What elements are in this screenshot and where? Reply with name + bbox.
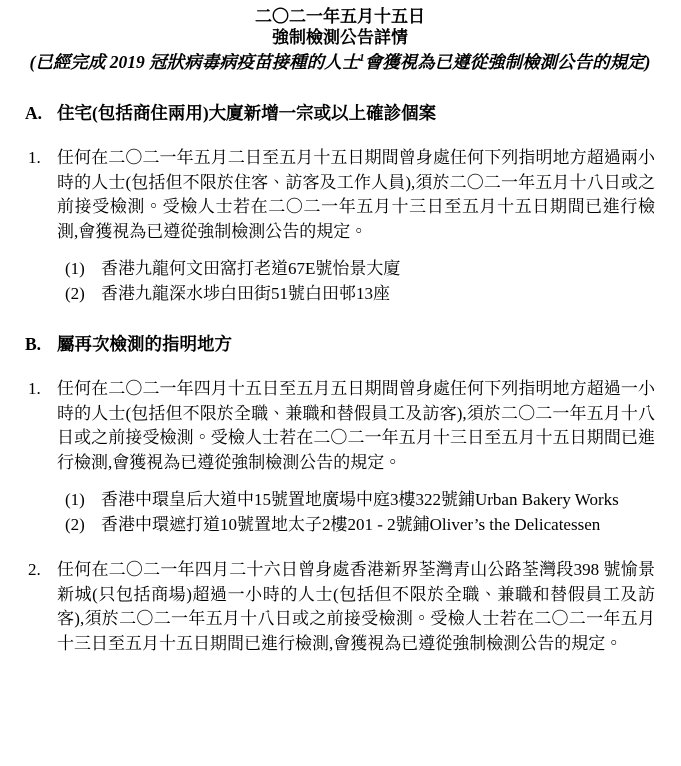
location-number: (1): [65, 487, 85, 512]
section-b-paragraph-1: 1. 任何在二〇二一年四月十五日至五月五日期間曾身處任何下列指明地方超過一小時的…: [25, 377, 655, 537]
location-item: (1) 香港中環皇后大道中15號置地廣場中庭3樓322號鋪Urban Baker…: [65, 487, 655, 512]
section-a-heading-text: 住宅(包括商住兩用)大廈新增一宗或以上確診個案: [57, 103, 436, 123]
section-b-location-list: (1) 香港中環皇后大道中15號置地廣場中庭3樓322號鋪Urban Baker…: [65, 487, 655, 537]
location-number: (1): [65, 256, 85, 281]
section-b-heading: B. 屬再次檢測的指明地方: [25, 332, 655, 356]
location-item: (1) 香港九龍何文田窩打老道67E號怡景大廈: [65, 256, 655, 281]
section-a-location-list: (1) 香港九龍何文田窩打老道67E號怡景大廈 (2) 香港九龍深水埗白田街51…: [65, 256, 655, 306]
vaccination-note-prefix: (已經完成 2019 冠狀病毒病疫苗接種的人士: [30, 52, 360, 72]
section-a-paragraph-1: 1. 任何在二〇二一年五月二日至五月十五日期間曾身處任何下列指明地方超過兩小時的…: [25, 146, 655, 306]
paragraph-text: 任何在二〇二一年四月十五日至五月五日期間曾身處任何下列指明地方超過一小時的人士(…: [57, 379, 655, 472]
location-number: (2): [65, 281, 85, 306]
location-text: 香港中環皇后大道中15號置地廣場中庭3樓322號鋪Urban Bakery Wo…: [101, 490, 619, 509]
paragraph-number: 2.: [28, 558, 41, 583]
location-text: 香港九龍深水埗白田街51號白田邨13座: [101, 284, 390, 303]
notice-title: 強制檢測公告詳情: [25, 27, 655, 48]
location-text: 香港中環遮打道10號置地太子2樓201 - 2號鋪Oliver’s the De…: [101, 515, 600, 534]
paragraph-text: 任何在二〇二一年五月二日至五月十五日期間曾身處任何下列指明地方超過兩小時的人士(…: [57, 148, 655, 241]
section-a-label: A.: [25, 101, 42, 125]
location-text: 香港九龍何文田窩打老道67E號怡景大廈: [101, 259, 400, 278]
section-a-residential: A. 住宅(包括商住兩用)大廈新增一宗或以上確診個案 1. 任何在二〇二一年五月…: [25, 101, 655, 306]
paragraph-number: 1.: [28, 146, 41, 171]
section-b-heading-text: 屬再次檢測的指明地方: [57, 334, 232, 354]
section-b-retesting: B. 屬再次檢測的指明地方 1. 任何在二〇二一年四月十五日至五月五日期間曾身處…: [25, 332, 655, 656]
paragraph-number: 1.: [28, 377, 41, 402]
section-a-heading: A. 住宅(包括商住兩用)大廈新增一宗或以上確診個案: [25, 101, 655, 125]
vaccination-note-suffix: 會獲視為已遵從強制檢測公告的規定): [365, 52, 651, 72]
notice-vaccination-note: (已經完成 2019 冠狀病毒病疫苗接種的人士1會獲視為已遵從強制檢測公告的規定…: [25, 50, 655, 75]
location-number: (2): [65, 512, 85, 537]
section-b-label: B.: [25, 332, 41, 356]
notice-date: 二〇二一年五月十五日: [25, 6, 655, 27]
section-b-paragraph-2: 2. 任何在二〇二一年四月二十六日曾身處香港新界荃灣青山公路荃灣段398 號愉景…: [25, 558, 655, 656]
location-item: (2) 香港中環遮打道10號置地太子2樓201 - 2號鋪Oliver’s th…: [65, 512, 655, 537]
paragraph-text: 任何在二〇二一年四月二十六日曾身處香港新界荃灣青山公路荃灣段398 號愉景新城(…: [57, 560, 655, 653]
location-item: (2) 香港九龍深水埗白田街51號白田邨13座: [65, 281, 655, 306]
notice-document-page: 二〇二一年五月十五日 強制檢測公告詳情 (已經完成 2019 冠狀病毒病疫苗接種…: [0, 0, 681, 766]
